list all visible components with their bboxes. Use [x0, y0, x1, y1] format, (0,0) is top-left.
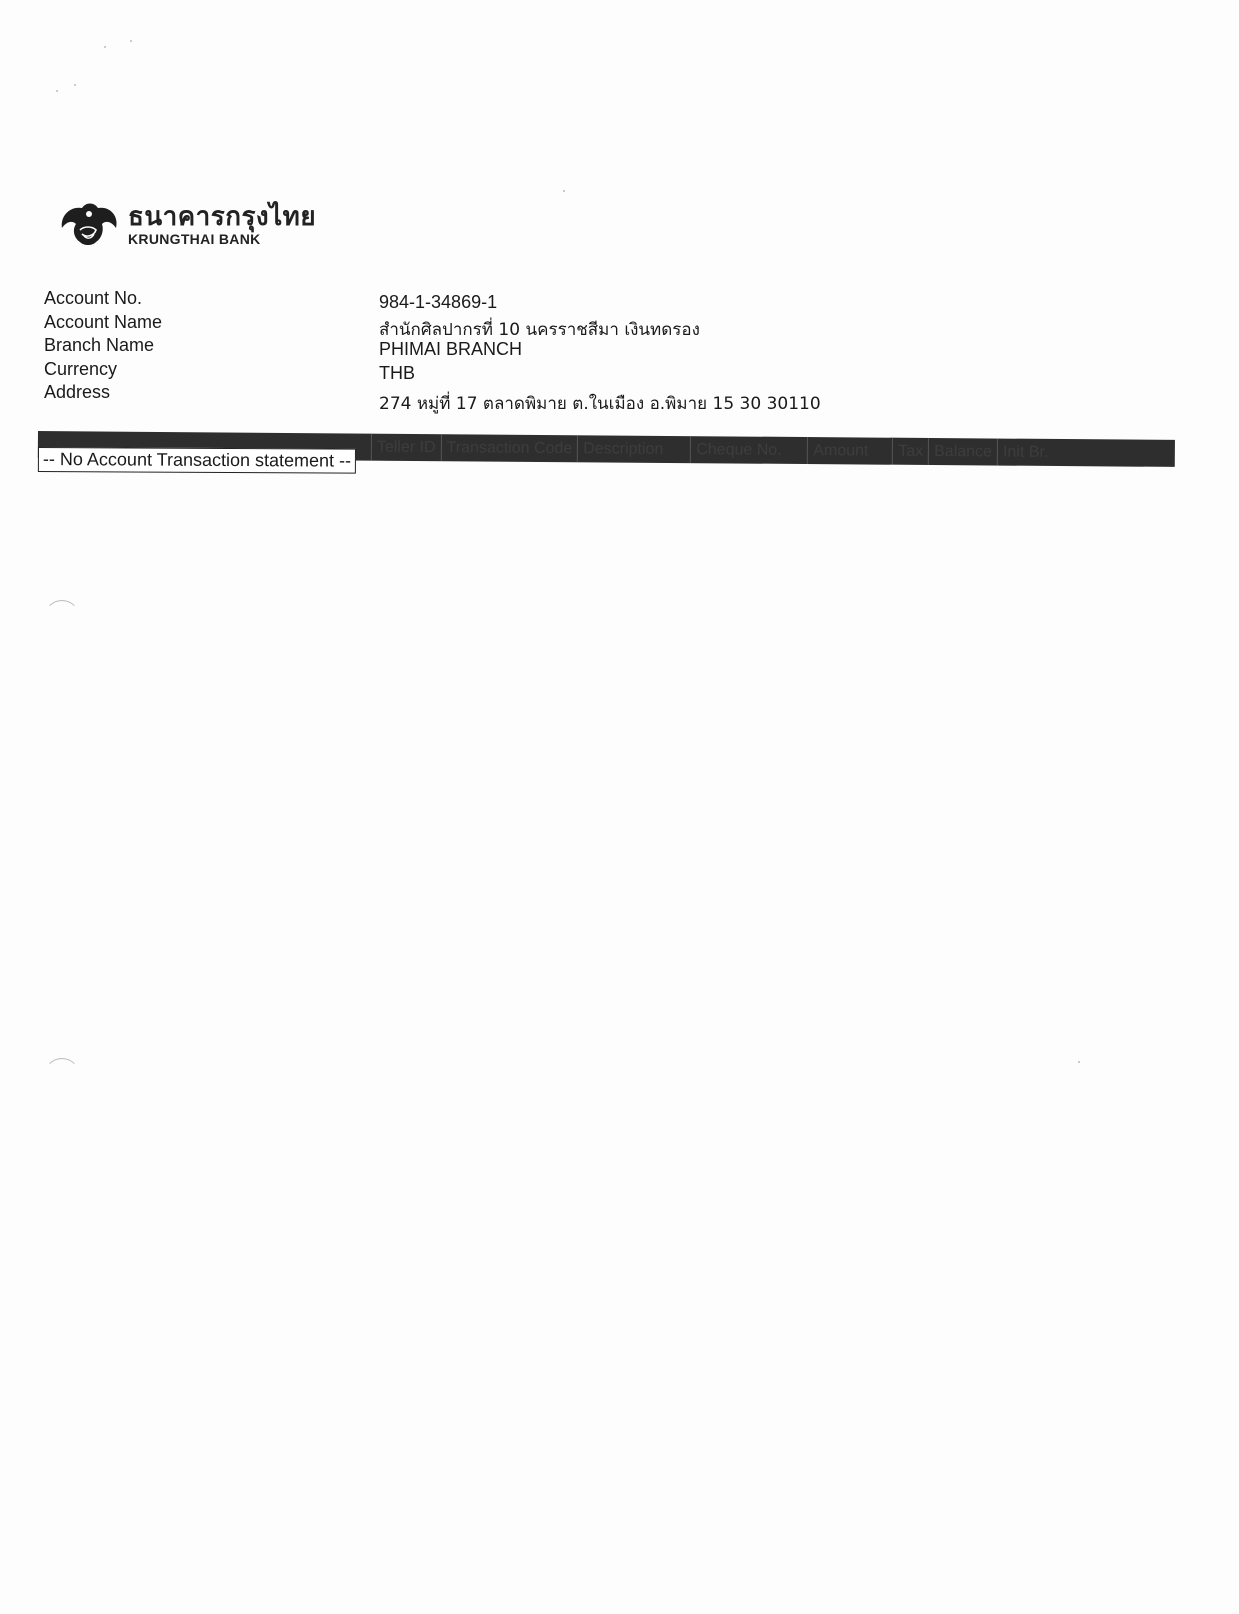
hole-punch-mark-bottom [44, 1058, 80, 1094]
bank-name-english: KRUNGTHAI BANK [128, 232, 316, 246]
column-init-branch: Init Br. [998, 439, 1054, 466]
account-number-label: Account No. [44, 288, 142, 309]
column-amount: Amount [808, 437, 893, 465]
column-transaction-code: Transaction Code [441, 434, 578, 462]
column-teller-id: Teller ID [372, 434, 442, 462]
branch-name-value: PHIMAI BRANCH [379, 339, 522, 360]
bank-logo: ธนาคารกรุงไทย KRUNGTHAI BANK [58, 200, 316, 250]
garuda-logo-icon [58, 200, 120, 250]
bank-name-thai: ธนาคารกรุงไทย [128, 204, 316, 230]
scan-speck [130, 40, 132, 42]
hole-punch-mark-top [44, 600, 80, 636]
account-number-value: 984-1-34869-1 [379, 292, 497, 313]
scan-speck [563, 190, 565, 192]
address-value: 274 หมู่ที่ 17 ตลาดพิมาย ต.ในเมือง อ.พิม… [379, 390, 821, 417]
column-description: Description [578, 435, 691, 463]
column-tax: Tax [893, 438, 929, 465]
scan-speck [56, 90, 58, 92]
no-transactions-message: -- No Account Transaction statement -- [38, 447, 356, 474]
currency-value: THB [379, 363, 415, 384]
column-balance: Balance [929, 438, 998, 466]
scan-speck [74, 84, 76, 86]
currency-label: Currency [44, 359, 117, 380]
scan-speck [1078, 1061, 1080, 1063]
branch-name-label: Branch Name [44, 335, 154, 356]
address-label: Address [44, 382, 110, 403]
account-name-label: Account Name [44, 312, 162, 333]
column-cheque-no: Cheque No. [691, 436, 808, 464]
scan-speck [104, 46, 106, 48]
